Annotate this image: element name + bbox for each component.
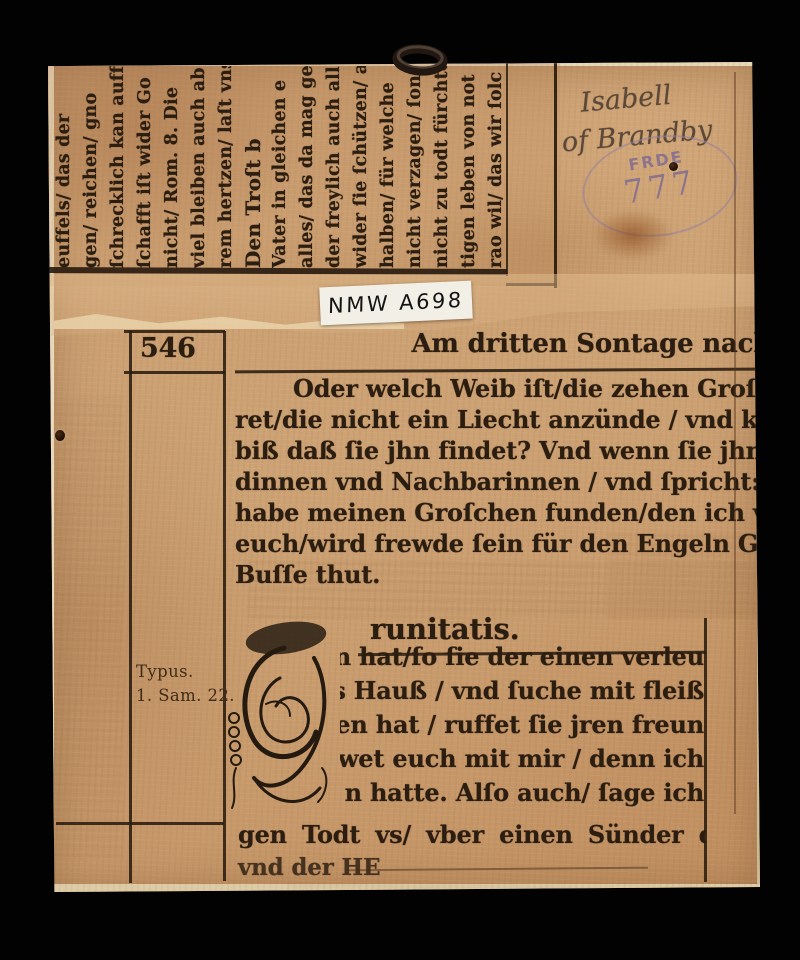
stain xyxy=(593,210,673,260)
strip-line: der freylich auch alle xyxy=(321,66,348,268)
text-line: Oder welch Weib iſt/die zehen Groſch xyxy=(235,373,773,404)
text-line: wet euch mit mir / denn ich xyxy=(340,742,704,776)
scratch-mark xyxy=(348,867,648,872)
column-rule-left xyxy=(129,331,132,883)
strip-line: Den Troſt b xyxy=(240,66,267,268)
pin-hole xyxy=(55,430,65,441)
strip-line: nicht verzagen/ ſon xyxy=(402,66,429,268)
bleedthrough-text xyxy=(56,397,124,857)
text-line: dinnen vnd Nachbarinnen / vnd ſpricht: F xyxy=(235,466,773,497)
bleedthrough-text xyxy=(288,884,708,914)
strip-bottom-rule xyxy=(48,267,507,275)
text-line: s Hauß / vnd ſuche mit fleiß/ xyxy=(340,674,704,708)
text-line: n hat/ſo ſie der einen verleu- xyxy=(340,640,704,674)
margin-note-line: 1. Sam. 22. xyxy=(136,684,235,708)
strip-line: nicht/ Rom. 8. Die xyxy=(159,66,186,268)
strip-line: wider ſie ſchützen/ a xyxy=(348,66,375,268)
strip-line: viel bleiben auch ab xyxy=(186,66,213,268)
photo-background: euffels/ das der gen/ reichen/ gno ſchre… xyxy=(0,0,800,960)
paper-crease xyxy=(734,72,736,814)
trinity-paragraph: n hat/ſo ſie der einen verleu- s Hauß / … xyxy=(340,640,704,810)
text-line: ret/die nicht ein Liecht anzünde / vnd k… xyxy=(235,404,773,435)
text-line: biß daß ſie jhn findet? Vnd wenn ſie jhn… xyxy=(235,435,773,466)
text-line: habe meinen Groſchen funden/den ich verl… xyxy=(235,497,773,528)
text-line: gen Todt vs/ vber einen Sünder der xyxy=(238,820,706,849)
hanging-ring-icon xyxy=(392,40,448,78)
margin-note: Typus. 1. Sam. 22. xyxy=(136,660,235,708)
gospel-paragraph: Oder welch Weib iſt/die zehen Groſch ret… xyxy=(235,373,773,590)
strip-line: Vater in gleichen e xyxy=(267,66,294,268)
pin-hole xyxy=(669,162,678,171)
strip-line: rem hertzen/ laſt vns xyxy=(213,66,240,268)
running-header: Am dritten Sontage nach xyxy=(378,329,772,359)
text-line: Buſſe thut. xyxy=(235,559,773,590)
strip-line: gen/ reichen/ gno xyxy=(78,66,105,268)
page-number-rule-bottom xyxy=(124,371,225,374)
strip-line: euffels/ das der xyxy=(51,66,78,268)
panel-back: euffels/ das der gen/ reichen/ gno ſchre… xyxy=(48,62,760,892)
text-line: n hatte. Alſo auch/ ſage ich xyxy=(340,776,704,810)
strip-edge-rule xyxy=(554,62,557,288)
strip-line: ſchrecklich kan auff xyxy=(105,66,132,268)
strip-rotated-text: euffels/ das der gen/ reichen/ gno ſchre… xyxy=(51,66,510,268)
strip-line: tigen leben von not xyxy=(456,66,483,268)
strip-line: ſchafft iſt wider Go xyxy=(132,66,159,268)
hanging-ring xyxy=(392,40,448,78)
strip-line: halben/ für welche xyxy=(375,66,402,268)
text-line: en hat / ruffet ſie jren freun- xyxy=(340,708,704,742)
museum-label-text: NMW A698 xyxy=(328,288,464,318)
pasted-strip: euffels/ das der gen/ reichen/ gno ſchre… xyxy=(48,62,560,286)
strip-line: alles/ das da mag ge xyxy=(294,66,321,268)
museum-label: NMW A698 xyxy=(319,281,473,326)
bottom-left-rule xyxy=(56,822,224,825)
text-line: vnd der HE xyxy=(238,854,380,881)
page-number: 546 xyxy=(140,333,196,364)
strip-line: nicht zu todt fürchtet xyxy=(429,66,456,268)
text-line: euch/wird frewde ſein für den Engeln Got… xyxy=(235,528,773,559)
ornate-initial-icon xyxy=(226,618,338,832)
strip-column-rule xyxy=(506,62,508,276)
margin-note-line: Typus. xyxy=(136,660,235,684)
